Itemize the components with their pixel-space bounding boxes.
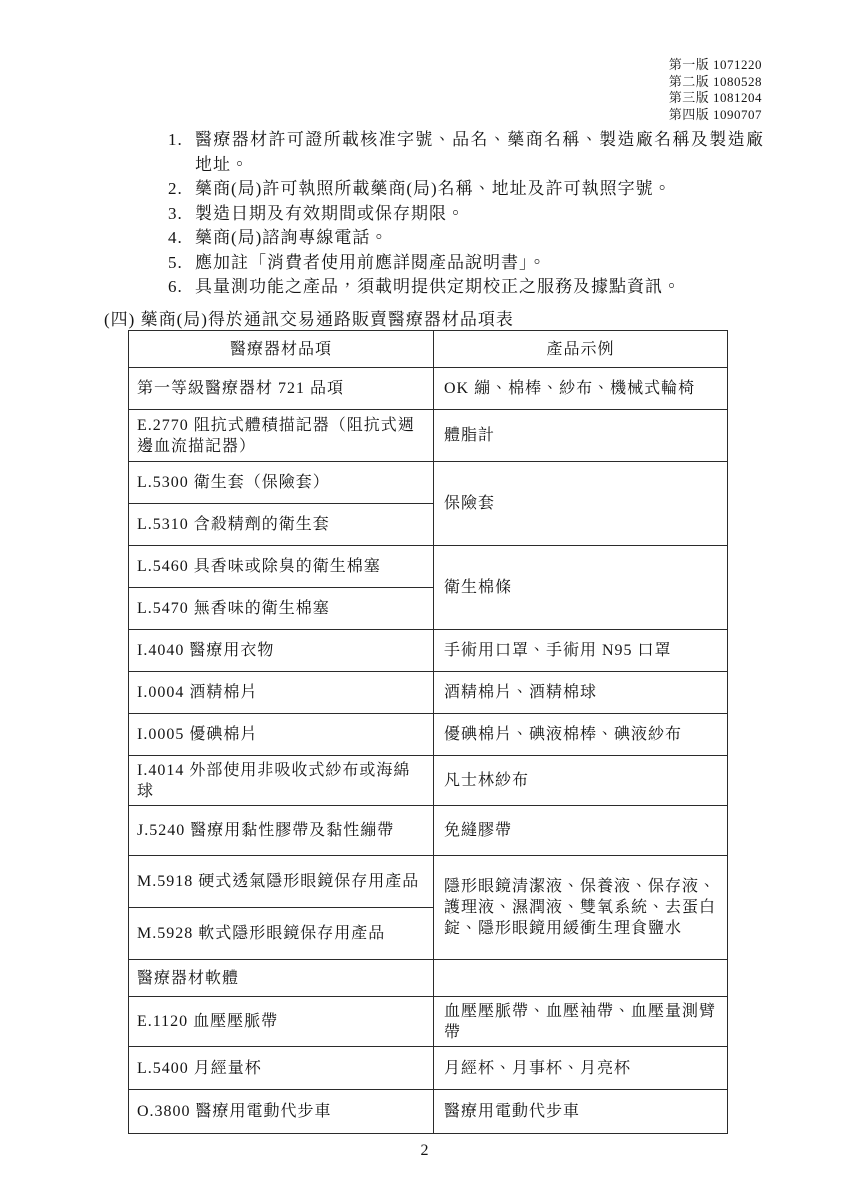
list-item: 2. 藥商(局)許可執照所載藥商(局)名稱、地址及許可執照字號。 (168, 177, 764, 202)
example-cell-merged: 保險套 (434, 462, 728, 546)
column-header-example: 產品示例 (434, 331, 728, 368)
item-cell: E.1120 血壓壓脈帶 (129, 997, 434, 1047)
list-item-number: 3. (168, 202, 195, 227)
table-row: 第一等級醫療器材 721 品項 OK 繃、棉棒、紗布、機械式輪椅 (129, 368, 728, 410)
list-item-text: 應加註「消費者使用前應詳閱產品說明書」。 (195, 251, 764, 276)
document-page: 第一版 1071220 第二版 1080528 第三版 1081204 第四版 … (0, 0, 849, 1200)
section-heading: (四) 藥商(局)得於通訊交易通路販賣醫療器材品項表 (104, 305, 514, 330)
table-row: L.5400 月經量杯 月經杯、月事杯、月亮杯 (129, 1047, 728, 1090)
table-row: O.3800 醫療用電動代步車 醫療用電動代步車 (129, 1090, 728, 1134)
example-cell: 凡士林紗布 (434, 756, 728, 806)
item-cell: I.4040 醫療用衣物 (129, 630, 434, 672)
list-item-number: 2. (168, 177, 195, 202)
table-row: E.2770 阻抗式體積描記器（阻抗式週邊血流描記器） 體脂計 (129, 410, 728, 462)
example-cell: 手術用口罩、手術用 N95 口罩 (434, 630, 728, 672)
list-item-text: 具量測功能之產品，須載明提供定期校正之服務及據點資訊。 (195, 275, 764, 300)
table-row: M.5918 硬式透氣隱形眼鏡保存用產品 隱形眼鏡清潔液、保養液、保存液、護理液… (129, 856, 728, 908)
table-row: I.0004 酒精棉片 酒精棉片、酒精棉球 (129, 672, 728, 714)
table-row: L.5460 具香味或除臭的衛生棉塞 衛生棉條 (129, 546, 728, 588)
item-cell: E.2770 阻抗式體積描記器（阻抗式週邊血流描記器） (129, 410, 434, 462)
item-cell: L.5470 無香味的衛生棉塞 (129, 588, 434, 630)
table-row: L.5300 衛生套（保險套） 保險套 (129, 462, 728, 504)
example-cell: 優碘棉片、碘液棉棒、碘液紗布 (434, 714, 728, 756)
product-table: 醫療器材品項 產品示例 第一等級醫療器材 721 品項 OK 繃、棉棒、紗布、機… (128, 330, 728, 1134)
item-cell: J.5240 醫療用黏性膠帶及黏性繃帶 (129, 806, 434, 856)
example-cell: 體脂計 (434, 410, 728, 462)
list-item: 6. 具量測功能之產品，須載明提供定期校正之服務及據點資訊。 (168, 275, 764, 300)
list-item: 1. 醫療器材許可證所載核准字號、品名、藥商名稱、製造廠名稱及製造廠地址。 (168, 128, 764, 177)
table-row: I.4014 外部使用非吸收式紗布或海綿球 凡士林紗布 (129, 756, 728, 806)
list-item-text: 藥商(局)諮詢專線電話。 (195, 226, 764, 251)
item-cell: 醫療器材軟體 (129, 960, 434, 997)
example-cell-merged: 隱形眼鏡清潔液、保養液、保存液、護理液、濕潤液、雙氧系統、去蛋白錠、隱形眼鏡用緩… (434, 856, 728, 960)
item-cell: 第一等級醫療器材 721 品項 (129, 368, 434, 410)
list-item-number: 6. (168, 275, 195, 300)
item-cell: I.0004 酒精棉片 (129, 672, 434, 714)
item-cell: L.5460 具香味或除臭的衛生棉塞 (129, 546, 434, 588)
list-item: 3. 製造日期及有效期間或保存期限。 (168, 202, 764, 227)
example-cell-merged: 衛生棉條 (434, 546, 728, 630)
column-header-item: 醫療器材品項 (129, 331, 434, 368)
list-item: 4. 藥商(局)諮詢專線電話。 (168, 226, 764, 251)
notes-list: 1. 醫療器材許可證所載核准字號、品名、藥商名稱、製造廠名稱及製造廠地址。 2.… (168, 128, 764, 300)
table-row: I.0005 優碘棉片 優碘棉片、碘液棉棒、碘液紗布 (129, 714, 728, 756)
revision-history: 第一版 1071220 第二版 1080528 第三版 1081204 第四版 … (669, 57, 762, 123)
example-cell (434, 960, 728, 997)
example-cell: 血壓壓脈帶、血壓袖帶、血壓量測臂帶 (434, 997, 728, 1047)
table-row: 醫療器材軟體 (129, 960, 728, 997)
item-cell: L.5300 衛生套（保險套） (129, 462, 434, 504)
item-cell: M.5928 軟式隱形眼鏡保存用產品 (129, 908, 434, 960)
table-row: I.4040 醫療用衣物 手術用口罩、手術用 N95 口罩 (129, 630, 728, 672)
revision-line-3: 第三版 1081204 (669, 90, 762, 107)
item-cell: L.5310 含殺精劑的衛生套 (129, 504, 434, 546)
list-item-text: 製造日期及有效期間或保存期限。 (195, 202, 764, 227)
table-header-row: 醫療器材品項 產品示例 (129, 331, 728, 368)
table-row: E.1120 血壓壓脈帶 血壓壓脈帶、血壓袖帶、血壓量測臂帶 (129, 997, 728, 1047)
example-cell: OK 繃、棉棒、紗布、機械式輪椅 (434, 368, 728, 410)
item-cell: I.4014 外部使用非吸收式紗布或海綿球 (129, 756, 434, 806)
revision-line-1: 第一版 1071220 (669, 57, 762, 74)
page-number: 2 (0, 1142, 849, 1160)
example-cell: 酒精棉片、酒精棉球 (434, 672, 728, 714)
list-item-text: 藥商(局)許可執照所載藥商(局)名稱、地址及許可執照字號。 (195, 177, 764, 202)
list-item-number: 4. (168, 226, 195, 251)
example-cell: 月經杯、月事杯、月亮杯 (434, 1047, 728, 1090)
item-cell: M.5918 硬式透氣隱形眼鏡保存用產品 (129, 856, 434, 908)
example-cell: 醫療用電動代步車 (434, 1090, 728, 1134)
table-row: J.5240 醫療用黏性膠帶及黏性繃帶 免縫膠帶 (129, 806, 728, 856)
item-cell: L.5400 月經量杯 (129, 1047, 434, 1090)
example-cell: 免縫膠帶 (434, 806, 728, 856)
item-cell: I.0005 優碘棉片 (129, 714, 434, 756)
revision-line-4: 第四版 1090707 (669, 107, 762, 124)
list-item-number: 1. (168, 128, 195, 177)
list-item-text: 醫療器材許可證所載核准字號、品名、藥商名稱、製造廠名稱及製造廠地址。 (195, 128, 764, 177)
list-item: 5. 應加註「消費者使用前應詳閱產品說明書」。 (168, 251, 764, 276)
list-item-number: 5. (168, 251, 195, 276)
item-cell: O.3800 醫療用電動代步車 (129, 1090, 434, 1134)
revision-line-2: 第二版 1080528 (669, 74, 762, 91)
